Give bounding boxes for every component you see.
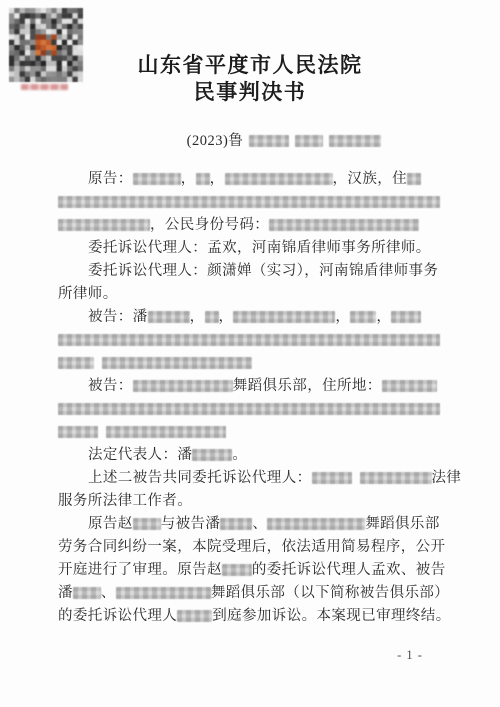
text-line bbox=[58, 329, 450, 352]
text-run: ，汉族，住 bbox=[333, 171, 408, 187]
redacted-text bbox=[133, 380, 233, 392]
text-line: 被告：潘，，，， bbox=[58, 306, 450, 329]
text-line bbox=[58, 352, 450, 375]
text-line bbox=[58, 421, 450, 444]
text-line: 服务所法律工作者。 bbox=[58, 490, 450, 513]
text-run: 舞蹈俱乐部（以下简称被告俱乐部） bbox=[211, 585, 449, 601]
text-run: ， bbox=[181, 171, 196, 187]
redacted-text bbox=[58, 196, 440, 208]
text-run: 潘 bbox=[58, 585, 73, 601]
redacted-text bbox=[106, 426, 226, 438]
text-run: 上述二被告共同委托诉讼代理人： bbox=[88, 470, 312, 486]
case-number: (2023)鲁 bbox=[0, 129, 500, 150]
redacted-text bbox=[73, 587, 101, 599]
text-run: 舞蹈俱乐部，住所地： bbox=[233, 378, 382, 394]
redacted-text bbox=[391, 311, 421, 323]
text-run: 法定代表人：潘 bbox=[88, 447, 192, 463]
redacted-text bbox=[267, 518, 365, 530]
document-type: 民事判决书 bbox=[0, 79, 500, 106]
text-run: 原告： bbox=[88, 171, 133, 187]
court-name: 山东省平度市人民法院 bbox=[0, 52, 500, 79]
text-run: 被告：潘 bbox=[88, 309, 148, 325]
text-run: ， bbox=[376, 309, 391, 325]
text-run: 开庭进行了审理。原告赵 bbox=[58, 562, 222, 578]
text-line bbox=[58, 191, 450, 214]
redacted-text bbox=[133, 173, 181, 185]
redacted-text bbox=[222, 564, 252, 576]
text-run: 的委托诉讼代理人孟欢、被告 bbox=[252, 562, 446, 578]
document-body: 原告：，，，汉族，住，公民身份号码：委托诉讼代理人：孟欢，河南锦盾律师事务所律师… bbox=[58, 168, 450, 628]
redacted-text bbox=[177, 610, 212, 622]
redacted-text bbox=[58, 219, 150, 231]
text-run: 到庭参加诉讼。本案现已审理终结。 bbox=[212, 608, 450, 624]
text-line: 被告：舞蹈俱乐部，住所地： bbox=[58, 375, 450, 398]
redacted-text bbox=[220, 518, 252, 530]
redacted-text bbox=[360, 472, 432, 484]
text-run: 舞蹈俱乐部 bbox=[365, 516, 440, 532]
text-line: 法定代表人：潘。 bbox=[58, 444, 450, 467]
redacted-text bbox=[102, 357, 252, 369]
text-line: 开庭进行了审理。原告赵的委托诉讼代理人孟欢、被告 bbox=[58, 559, 450, 582]
text-line: 委托诉讼代理人：孟欢，河南锦盾律师事务所律师。 bbox=[58, 237, 450, 260]
redacted-text bbox=[249, 135, 289, 147]
redacted-text bbox=[58, 334, 440, 346]
text-line: 的委托诉讼代理人到庭参加诉讼。本案现已审理终结。 bbox=[58, 605, 450, 628]
text-line: 潘、舞蹈俱乐部（以下简称被告俱乐部） bbox=[58, 582, 450, 605]
text-run: 劳务合同纠纷一案，本院受理后，依法适用简易程序，公开 bbox=[58, 539, 445, 555]
redacted-text bbox=[133, 518, 161, 530]
redacted-text bbox=[407, 173, 421, 185]
text-run: ， bbox=[219, 309, 234, 325]
redacted-text bbox=[116, 587, 211, 599]
redacted-text bbox=[350, 311, 376, 323]
text-run: 原告赵 bbox=[88, 516, 133, 532]
text-run: 与被告潘 bbox=[161, 516, 221, 532]
text-run: ， bbox=[190, 309, 205, 325]
text-run: 委托诉讼代理人：孟欢，河南锦盾律师事务所律师。 bbox=[88, 240, 431, 256]
text-run: 、 bbox=[101, 585, 116, 601]
redacted-text bbox=[382, 380, 437, 392]
text-run: 所律师。 bbox=[58, 286, 118, 302]
redacted-text bbox=[269, 219, 419, 231]
redacted-text bbox=[329, 135, 381, 147]
text-line: 劳务合同纠纷一案，本院受理后，依法适用简易程序，公开 bbox=[58, 536, 450, 559]
text-run: 。 bbox=[232, 447, 247, 463]
text-run: 、 bbox=[252, 516, 267, 532]
judgment-document-page: 山东省平度市人民法院 民事判决书 (2023)鲁 原告：，，，汉族，住，公民身份… bbox=[0, 0, 500, 707]
spacer bbox=[352, 481, 360, 482]
text-run: 的委托诉讼代理人 bbox=[58, 608, 177, 624]
redacted-text bbox=[192, 449, 232, 461]
text-line: 委托诉讼代理人：颜潇婵（实习），河南锦盾律师事务 bbox=[58, 260, 450, 283]
redacted-text bbox=[205, 311, 219, 323]
text-run: 服务所法律工作者。 bbox=[58, 493, 192, 509]
redacted-text bbox=[312, 472, 352, 484]
text-run: 被告： bbox=[88, 378, 133, 394]
page-number: - 1 - bbox=[390, 648, 430, 663]
redacted-text bbox=[225, 173, 333, 185]
text-run: 法律 bbox=[432, 470, 462, 486]
redacted-text bbox=[58, 357, 94, 369]
redacted-text bbox=[58, 403, 440, 415]
text-run: (2023)鲁 bbox=[187, 133, 244, 149]
spacer bbox=[98, 435, 106, 436]
text-line: 原告赵与被告潘、舞蹈俱乐部 bbox=[58, 513, 450, 536]
text-line bbox=[58, 398, 450, 421]
text-run: ，公民身份号码： bbox=[150, 217, 269, 233]
redacted-text bbox=[58, 426, 98, 438]
text-line: ，公民身份号码： bbox=[58, 214, 450, 237]
text-run: 委托诉讼代理人：颜潇婵（实习），河南锦盾律师事务 bbox=[88, 263, 438, 279]
text-line: 所律师。 bbox=[58, 283, 450, 306]
text-line: 上述二被告共同委托诉讼代理人：法律 bbox=[58, 467, 450, 490]
spacer bbox=[94, 366, 102, 367]
redacted-text bbox=[148, 311, 190, 323]
document-header: 山东省平度市人民法院 民事判决书 bbox=[0, 52, 500, 106]
text-run: ， bbox=[335, 309, 350, 325]
redacted-text bbox=[295, 135, 323, 147]
text-line: 原告：，，，汉族，住 bbox=[58, 168, 450, 191]
redacted-text bbox=[196, 173, 210, 185]
text-run: ， bbox=[210, 171, 225, 187]
redacted-text bbox=[233, 311, 335, 323]
